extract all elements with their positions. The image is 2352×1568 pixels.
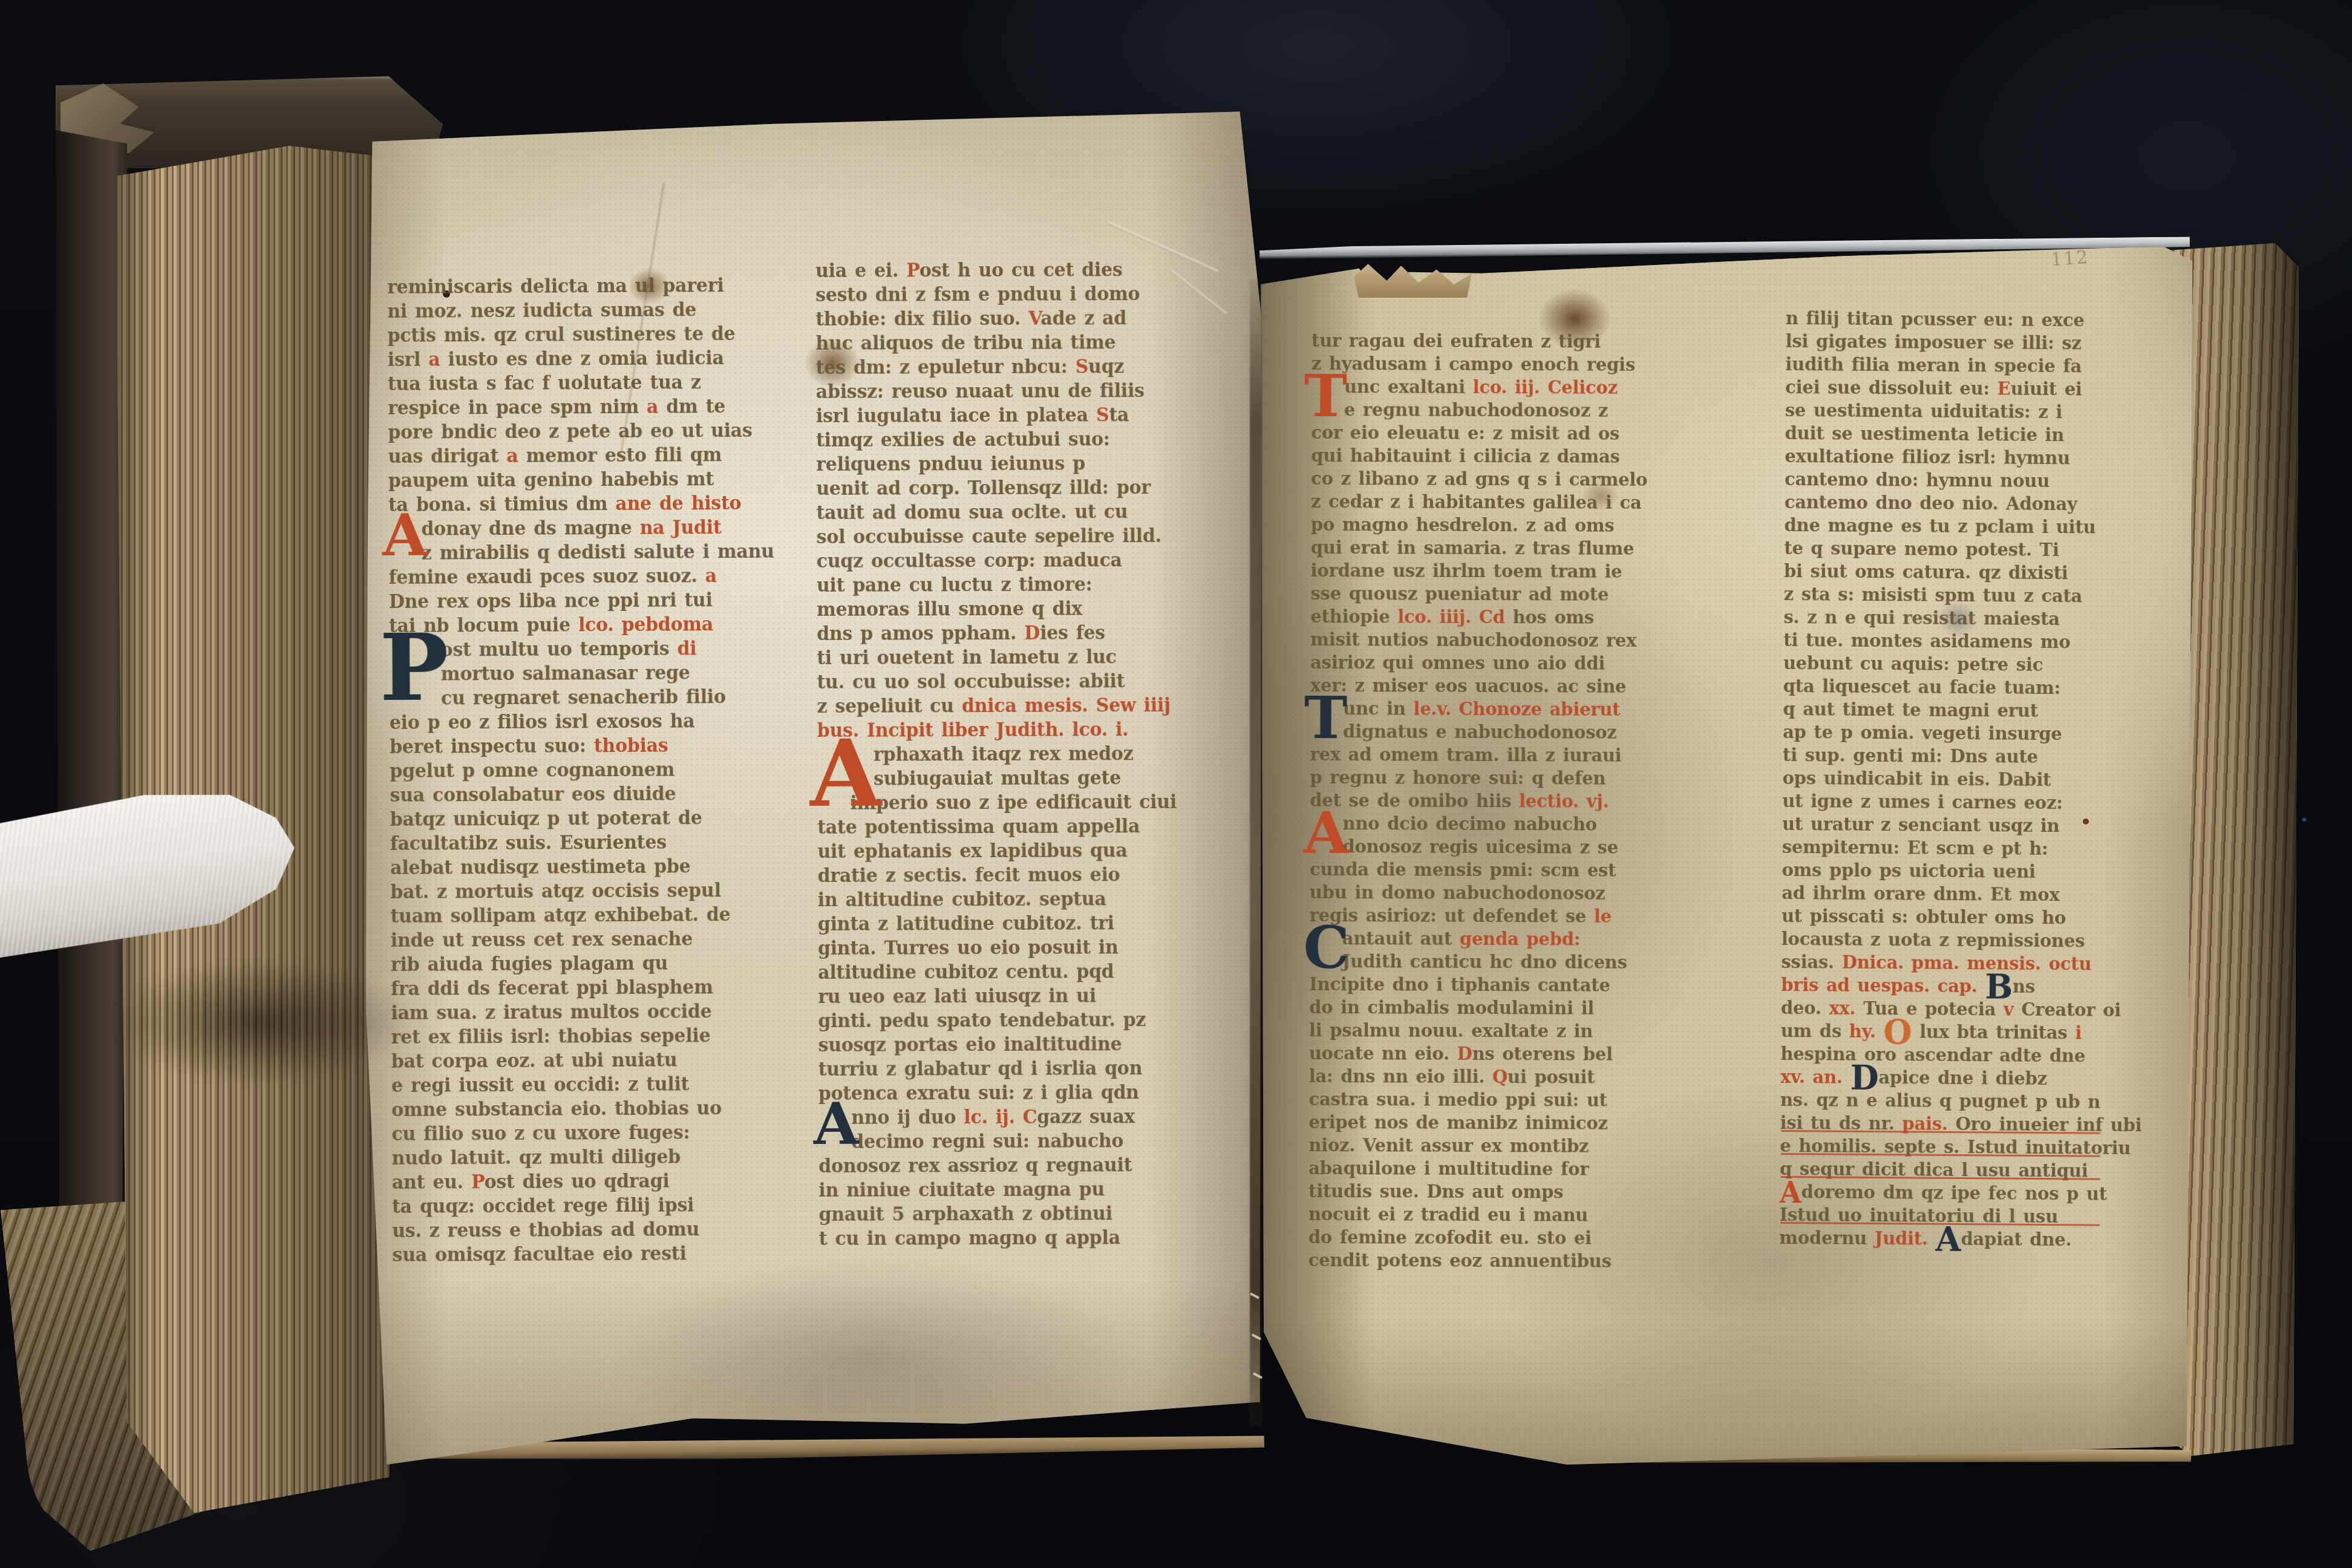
manuscript-text-line: tu. cu uo sol occubuisse: abiit (817, 669, 1227, 694)
manuscript-text-line: uebunt cu aquis: petre sic (1783, 652, 2165, 678)
manuscript-text-line: rib aiuda fugies plagam qu (391, 950, 796, 977)
manuscript-text-line: ti uri ouetent in lametu z luc (817, 645, 1227, 670)
folio-number: 112 (2050, 247, 2090, 270)
manuscript-text-line: iudith filia meran in specie fa (1785, 353, 2167, 379)
manuscript-text-line: isrl a iusto es dne z omia iudicia (388, 345, 793, 372)
manuscript-text-line: cu regnaret senacherib filio (390, 684, 795, 711)
manuscript-text-line: sse quousz pueniatur ad mote (1310, 583, 1745, 607)
illuminated-initial: T (1304, 695, 1348, 742)
manuscript-text-line: asirioz qui omnes uno aio ddi (1310, 652, 1745, 676)
manuscript-text-line: femine exaudi pces suoz suoz. a (389, 563, 794, 590)
manuscript-text-line: ut uratur z senciant usqz in (1782, 813, 2164, 838)
manuscript-text-line: abissz: reuso nuaat unu de filiis (816, 379, 1227, 404)
illuminated-initial: A (814, 1101, 859, 1148)
gloved-finger-shadow (73, 944, 448, 1101)
manuscript-text-line: uas dirigat a memor esto fili qm (388, 442, 793, 469)
manuscript-text-line: uit pane cu luctu z timore: (817, 572, 1227, 598)
manuscript-text-line: uocate nn eio. Dns oterens bel (1309, 1042, 1743, 1067)
manuscript-text-line: ti tue. montes asidamens mo (1783, 629, 2165, 655)
manuscript-text-line: iordane usz ihrlm toem tram ie (1311, 560, 1745, 584)
manuscript-text-line: inde ut reuss cet rex senache (391, 926, 796, 953)
manuscript-text-line: cor eio eleuatu e: z misit ad os (1311, 422, 1745, 446)
manuscript-text-line: lsi gigates imposuer se illi: sz (1785, 330, 2167, 356)
manuscript-text-line: tuam sollipam atqz exhibebat. de (390, 902, 795, 929)
manuscript-text-line: cantemo dno: hymnu nouu (1785, 468, 2166, 494)
manuscript-text-line: po magno hesdrelon. z ad oms (1311, 514, 1745, 538)
manuscript-text-line: castra sua. i medio ppi sui: ut (1308, 1088, 1743, 1113)
manuscript-text-line: iam sua. z iratus multos occide (391, 999, 796, 1025)
manuscript-text-line: bat. z mortuis atqz occisis sepul (390, 878, 795, 904)
manuscript-text-line: ssias. Dnica. pma. mensis. octu (1781, 951, 2163, 976)
manuscript-text-line: eripet nos de manibz inimicoz (1308, 1111, 1743, 1136)
manuscript-text-line: z cedar z i habitantes galilea i ca (1311, 491, 1745, 515)
manuscript-text-line: alebat nudisqz uestimeta pbe (390, 854, 795, 880)
manuscript-text-line: thobie: dix filio suo. Vade z ad (815, 306, 1226, 332)
manuscript-text-line: sol occubuisse caute sepelire illd. (817, 524, 1227, 549)
manuscript-text-line: p regnu z honore sui: q defen (1310, 766, 1744, 791)
illuminated-initial: A (382, 512, 428, 559)
manuscript-text-line: nioz. Venit assur ex montibz (1308, 1134, 1743, 1159)
manuscript-text-line: mortuo salmanasar rege (389, 660, 794, 687)
manuscript-text-line: xer: z miser eos uacuos. ac sine (1310, 675, 1745, 699)
manuscript-text-line: n filij titan pcusser eu: n exce (1786, 307, 2167, 333)
manuscript-text-line: exultatione filioz isrl: hymnu (1785, 445, 2166, 471)
manuscript-text-line: cunda die mensis pmi: scm est (1310, 858, 1744, 883)
manuscript-text-line: isi tu ds nr. pais. Oro inueier inf ubi (1780, 1112, 2161, 1137)
manuscript-text-line: q aut timet te magni erut (1783, 698, 2164, 724)
manuscript-text-line: la: dns nn eio illi. Qui posuit (1309, 1065, 1743, 1090)
manuscript-text-line: ant eu. Post dies uo qdragi (392, 1168, 797, 1195)
manuscript-text-line: misit nutios nabuchodonosoz rex (1310, 629, 1745, 653)
manuscript-text-line: nno ij duo lc. ij. Cgazz suax (818, 1105, 1229, 1130)
manuscript-text-line: det se de omibo hiis lectio. vj. (1310, 789, 1744, 814)
manuscript-text-line: in niniue ciuitate magna pu (818, 1177, 1229, 1203)
center-gutter-seam (1250, 279, 1262, 1426)
manuscript-text-line: suosqz portas eio inaltitudine (818, 1032, 1229, 1057)
manuscript-text-line: batqz unicuiqz p ut poterat de (390, 805, 795, 832)
manuscript-text-line: ret ex filiis isrl: thobias sepelie (391, 1023, 796, 1050)
manuscript-text-line: q sequr dicit dica l usu antiqui (1780, 1158, 2161, 1183)
illuminated-initial: P (379, 630, 449, 704)
manuscript-text-line: sua consolabatur eos diuide (390, 781, 795, 808)
manuscript-text-line: nno dcio decimo nabucho (1310, 812, 1744, 837)
manuscript-text-line: z mirabilis q dedisti salute i manu (388, 539, 794, 566)
photograph-of-open-manuscript: reminiscaris delicta ma ul parerini moz.… (0, 0, 2352, 1568)
manuscript-text-line: cantemo dno deo nio. Adonay (1785, 491, 2166, 517)
manuscript-text-line: timqz exilies de actubui suo: (816, 427, 1227, 452)
manuscript-text-line: abaquilone i multitudine for (1308, 1157, 1743, 1182)
left-page-column-2: uia e ei. Post h uo cu cet diessesto dni… (815, 258, 1243, 1251)
manuscript-text-line: dratie z sectis. fecit muos eio (817, 863, 1228, 888)
manuscript-text-line: reminiscaris delicta ma ul pareri (387, 273, 792, 299)
manuscript-text-line: li psalmu nouu. exaltate z in (1309, 1019, 1743, 1044)
illuminated-initial: T (1304, 373, 1347, 420)
manuscript-text-line: us. z reuss e thobias ad domu (392, 1217, 797, 1243)
manuscript-text-line: Incipite dno i tiphanis cantate (1309, 973, 1743, 998)
blue-fiber-speck (2302, 818, 2306, 822)
manuscript-text-line: ns. qz n e alius q pugnet p ub n (1780, 1089, 2162, 1114)
manuscript-text-line: regis asirioz: ut defendet se le (1310, 904, 1744, 929)
manuscript-text-line: z sepeliuit cu dnica mesis. Sew iiij (817, 693, 1228, 719)
manuscript-text-line: dns p amos ppham. Dies fes (817, 621, 1227, 646)
manuscript-text-line: z sta s: misisti spm tuu z cata (1784, 583, 2166, 609)
manuscript-text-line: ta quqz: occidet rege filij ipsi (392, 1192, 797, 1219)
manuscript-text-line: Istud uo inuitatoriu di l usu (1779, 1204, 2161, 1229)
manuscript-text-line: tauit ad domu sua oclte. ut cu (816, 500, 1227, 525)
manuscript-text-line: oms pplo ps uictoria ueni (1782, 859, 2163, 884)
manuscript-text-line: dignatus e nabuchodonosoz (1310, 720, 1745, 745)
manuscript-text-line: uenit ad corp. Tollensqz illd: por (816, 475, 1227, 501)
manuscript-text-line: antauit aut genda pebd: (1309, 927, 1743, 952)
manuscript-text-line: ubu in domo nabuchodonosoz (1310, 881, 1744, 906)
manuscript-text-line: respice in pace spm nim a dm te (388, 394, 793, 420)
manuscript-text-line: e homilis. septe s. Istud inuitatoriu (1780, 1135, 2161, 1160)
manuscript-text-line: titudis sue. Dns aut omps (1308, 1180, 1743, 1205)
manuscript-text-line: duit se uestimenta leticie in (1785, 422, 2166, 448)
manuscript-text-line: bat corpa eoz. at ubi nuiatu (391, 1047, 797, 1074)
left-page-column-1: reminiscaris delicta ma ul parerini moz.… (387, 273, 810, 1267)
manuscript-text-line: tur ragau dei eufraten z tigri (1312, 330, 1746, 354)
manuscript-text-line: facultatibz suis. Esurientes (390, 829, 795, 856)
manuscript-text-line: co z libano z ad gns q s i carmelo (1311, 468, 1745, 492)
manuscript-text-line: locausta z uota z repmissiones (1782, 928, 2163, 953)
manuscript-text-line: uia e ei. Post h uo cu cet dies (815, 258, 1226, 283)
manuscript-text-line: donosoz rex assrioz q regnauit (818, 1153, 1229, 1178)
manuscript-text-line: t cu in campo magno q appla (819, 1226, 1230, 1251)
manuscript-text-line: s. z n e qui resistat maiesta (1783, 606, 2165, 632)
manuscript-text-line: ni moz. nesz iudicta sumas de (387, 297, 792, 324)
manuscript-text-line: ut pisscati s: obtuler oms ho (1782, 905, 2163, 930)
manuscript-text-line: qta liquescet au facie tuam: (1783, 675, 2164, 701)
manuscript-text-line: huc aliquos de tribu nia time (815, 330, 1226, 356)
manuscript-text-line: ops uindicabit in eis. Dabit (1782, 767, 2164, 792)
manuscript-text-line: Adoremo dm qz ipe fec nos p ut (1780, 1181, 2161, 1206)
manuscript-text-line: se uestimenta uiduitatis: z i (1785, 399, 2167, 425)
manuscript-text-line: turriu z glabatur qd i isrlia qon (818, 1056, 1229, 1082)
manuscript-text-line: um ds hy. O lux bta trinitas i (1781, 1020, 2163, 1045)
right-page-column-2: n filij titan pcusser eu: n excelsi giga… (1779, 307, 2179, 1252)
manuscript-text-line: ru ueo eaz lati uiusqz in ui (818, 984, 1229, 1009)
manuscript-text-line: rex ad omem tram. illa z iuraui (1310, 743, 1744, 768)
manuscript-text-line: pore bndic deo z pete ab eo ut uias (388, 418, 793, 445)
manuscript-text-line: nocuit ei z tradid eu i manu (1308, 1203, 1743, 1228)
manuscript-text-line: ciei sue dissoluit eu: Euiuit ei (1785, 376, 2167, 402)
manuscript-text-line: eio p eo z filios isrl exosos ha (390, 708, 795, 735)
manuscript-text-line: nudo latuit. qz multi diligeb (392, 1144, 797, 1171)
manuscript-text-line: fra ddi ds fecerat ppi blasphem (391, 975, 796, 1001)
manuscript-text-line: unc in le.v. Chonoze abierut (1310, 697, 1745, 722)
manuscript-text-line: reliquens pnduu ieiunus p (816, 451, 1227, 477)
manuscript-text-line: beret inspectu suo: thobias (390, 733, 795, 759)
manuscript-text-line: ut igne z umes i carnes eoz: (1782, 790, 2164, 815)
manuscript-text-line: in altitudine cubitoz. septua (818, 887, 1229, 912)
manuscript-text-line: ad ihrlm orare dnm. Et mox (1782, 882, 2163, 907)
manuscript-text-line: te q supare nemo potest. Ti (1784, 537, 2166, 563)
manuscript-text-line: cu filio suo z cu uxore fuges: (391, 1120, 797, 1146)
manuscript-text-line: ta bona. si timius dm ane de histo (388, 491, 794, 517)
manuscript-text-line: ost multu uo temporis di (389, 636, 794, 662)
manuscript-text-line: sua omisqz facultae eio resti (392, 1241, 797, 1267)
manuscript-text-line: sempiternu: Et scm e pt h: (1782, 836, 2164, 861)
manuscript-text-line: ap te p omia. vegeti insurge (1783, 721, 2164, 746)
manuscript-text-line: donay dne ds magne na Judit (388, 515, 794, 541)
manuscript-text-line: do in cimbalis modulamini il (1309, 996, 1743, 1021)
manuscript-text-line: paupem uita genino habebis mt (388, 466, 794, 493)
manuscript-text-line: tai nb locum puie lco. pebdoma (389, 612, 794, 638)
manuscript-text-line: bris ad uespas. cap. Bns (1781, 974, 2163, 999)
manuscript-text-line: gnauit 5 arphaxath z obtinui (818, 1201, 1229, 1227)
manuscript-text-line: memoras illu smone q dix (817, 596, 1227, 622)
manuscript-text-line: ginta z latitudine cubitoz. tri (818, 911, 1229, 936)
manuscript-text-line: uit ephatanis ex lapidibus qua (817, 838, 1228, 864)
manuscript-text-line: ethiopie lco. iiij. Cd hos oms (1310, 606, 1745, 630)
manuscript-text-line: do femine zcofodit eu. sto ei (1308, 1226, 1743, 1251)
manuscript-text-line: potenca exratu sui: z i glia qdn (818, 1080, 1229, 1106)
manuscript-text-line: dne magne es tu z pclam i uitu (1784, 514, 2166, 540)
manuscript-text-line: Judith canticu hc dno dicens (1309, 950, 1743, 975)
manuscript-text-line: bi siut oms catura. qz dixisti (1784, 560, 2166, 586)
illuminated-initial: C (1303, 925, 1350, 972)
manuscript-text-line: cuqz occultasse corp: maduca (817, 548, 1227, 573)
manuscript-text-line: modernu Judit. Adapiat dne. (1779, 1227, 2161, 1252)
manuscript-text-line: pctis mis. qz crul sustineres te de (387, 321, 792, 348)
manuscript-text-line: e regi iussit eu occidi: z tulit (391, 1071, 797, 1098)
manuscript-text-line: unc exaltani lco. iij. Celicoz (1312, 376, 1746, 400)
right-page-column-1: tur ragau dei eufraten z tigriz hyadusam… (1308, 330, 1759, 1274)
manuscript-text-line: deo. xx. Tua e potecia v Creator oi (1781, 997, 2163, 1022)
manuscript-text-line: decimo regni sui: nabucho (818, 1129, 1229, 1154)
illuminated-initial: A (1304, 810, 1349, 857)
manuscript-text-line: qui habitauint i cilicia z damas (1311, 445, 1745, 469)
manuscript-text-line: tua iusta s fac f uolutate tua z (388, 370, 793, 396)
manuscript-text-line: sesto dni z fsm e pnduu i domo (815, 282, 1226, 307)
manuscript-text-line: omne substancia eio. thobias uo (391, 1096, 797, 1122)
manuscript-text-line: cendit potens eoz annuentibus (1308, 1249, 1743, 1274)
manuscript-text-line: donosoz regis uicesima z se (1310, 835, 1744, 860)
manuscript-text-line: z hyadusam i campo enoch regis (1312, 353, 1746, 377)
manuscript-text-line: ti sup. genti mi: Dns aute (1783, 744, 2164, 769)
manuscript-text-line: tes dm: z epuletur nbcu: Suqz (816, 354, 1227, 380)
manuscript-text-line: altitudine cubitoz centu. pqd (818, 959, 1229, 985)
manuscript-text-line: e regnu nabuchodonosoz z (1311, 399, 1745, 423)
manuscript-text-line: Dne rex ops liba nce ppi nri tui (389, 587, 794, 614)
manuscript-text-line: hespina oro ascendar adte dne (1780, 1043, 2162, 1068)
manuscript-text-line: pgelut p omne cognanonem (390, 757, 795, 783)
manuscript-text-line: ginta. Turres uo eio posuit in (818, 935, 1229, 961)
manuscript-text-line: qui erat in samaria. z tras flume (1311, 537, 1745, 561)
manuscript-text-line: ginti. pedu spato tendebatur. pz (818, 1008, 1229, 1033)
manuscript-text-line: xv. an. Dapice dne i diebz (1780, 1066, 2162, 1091)
manuscript-text-line: isrl iugulatu iace in platea Sta (816, 403, 1227, 428)
illuminated-initial: A (810, 737, 881, 811)
